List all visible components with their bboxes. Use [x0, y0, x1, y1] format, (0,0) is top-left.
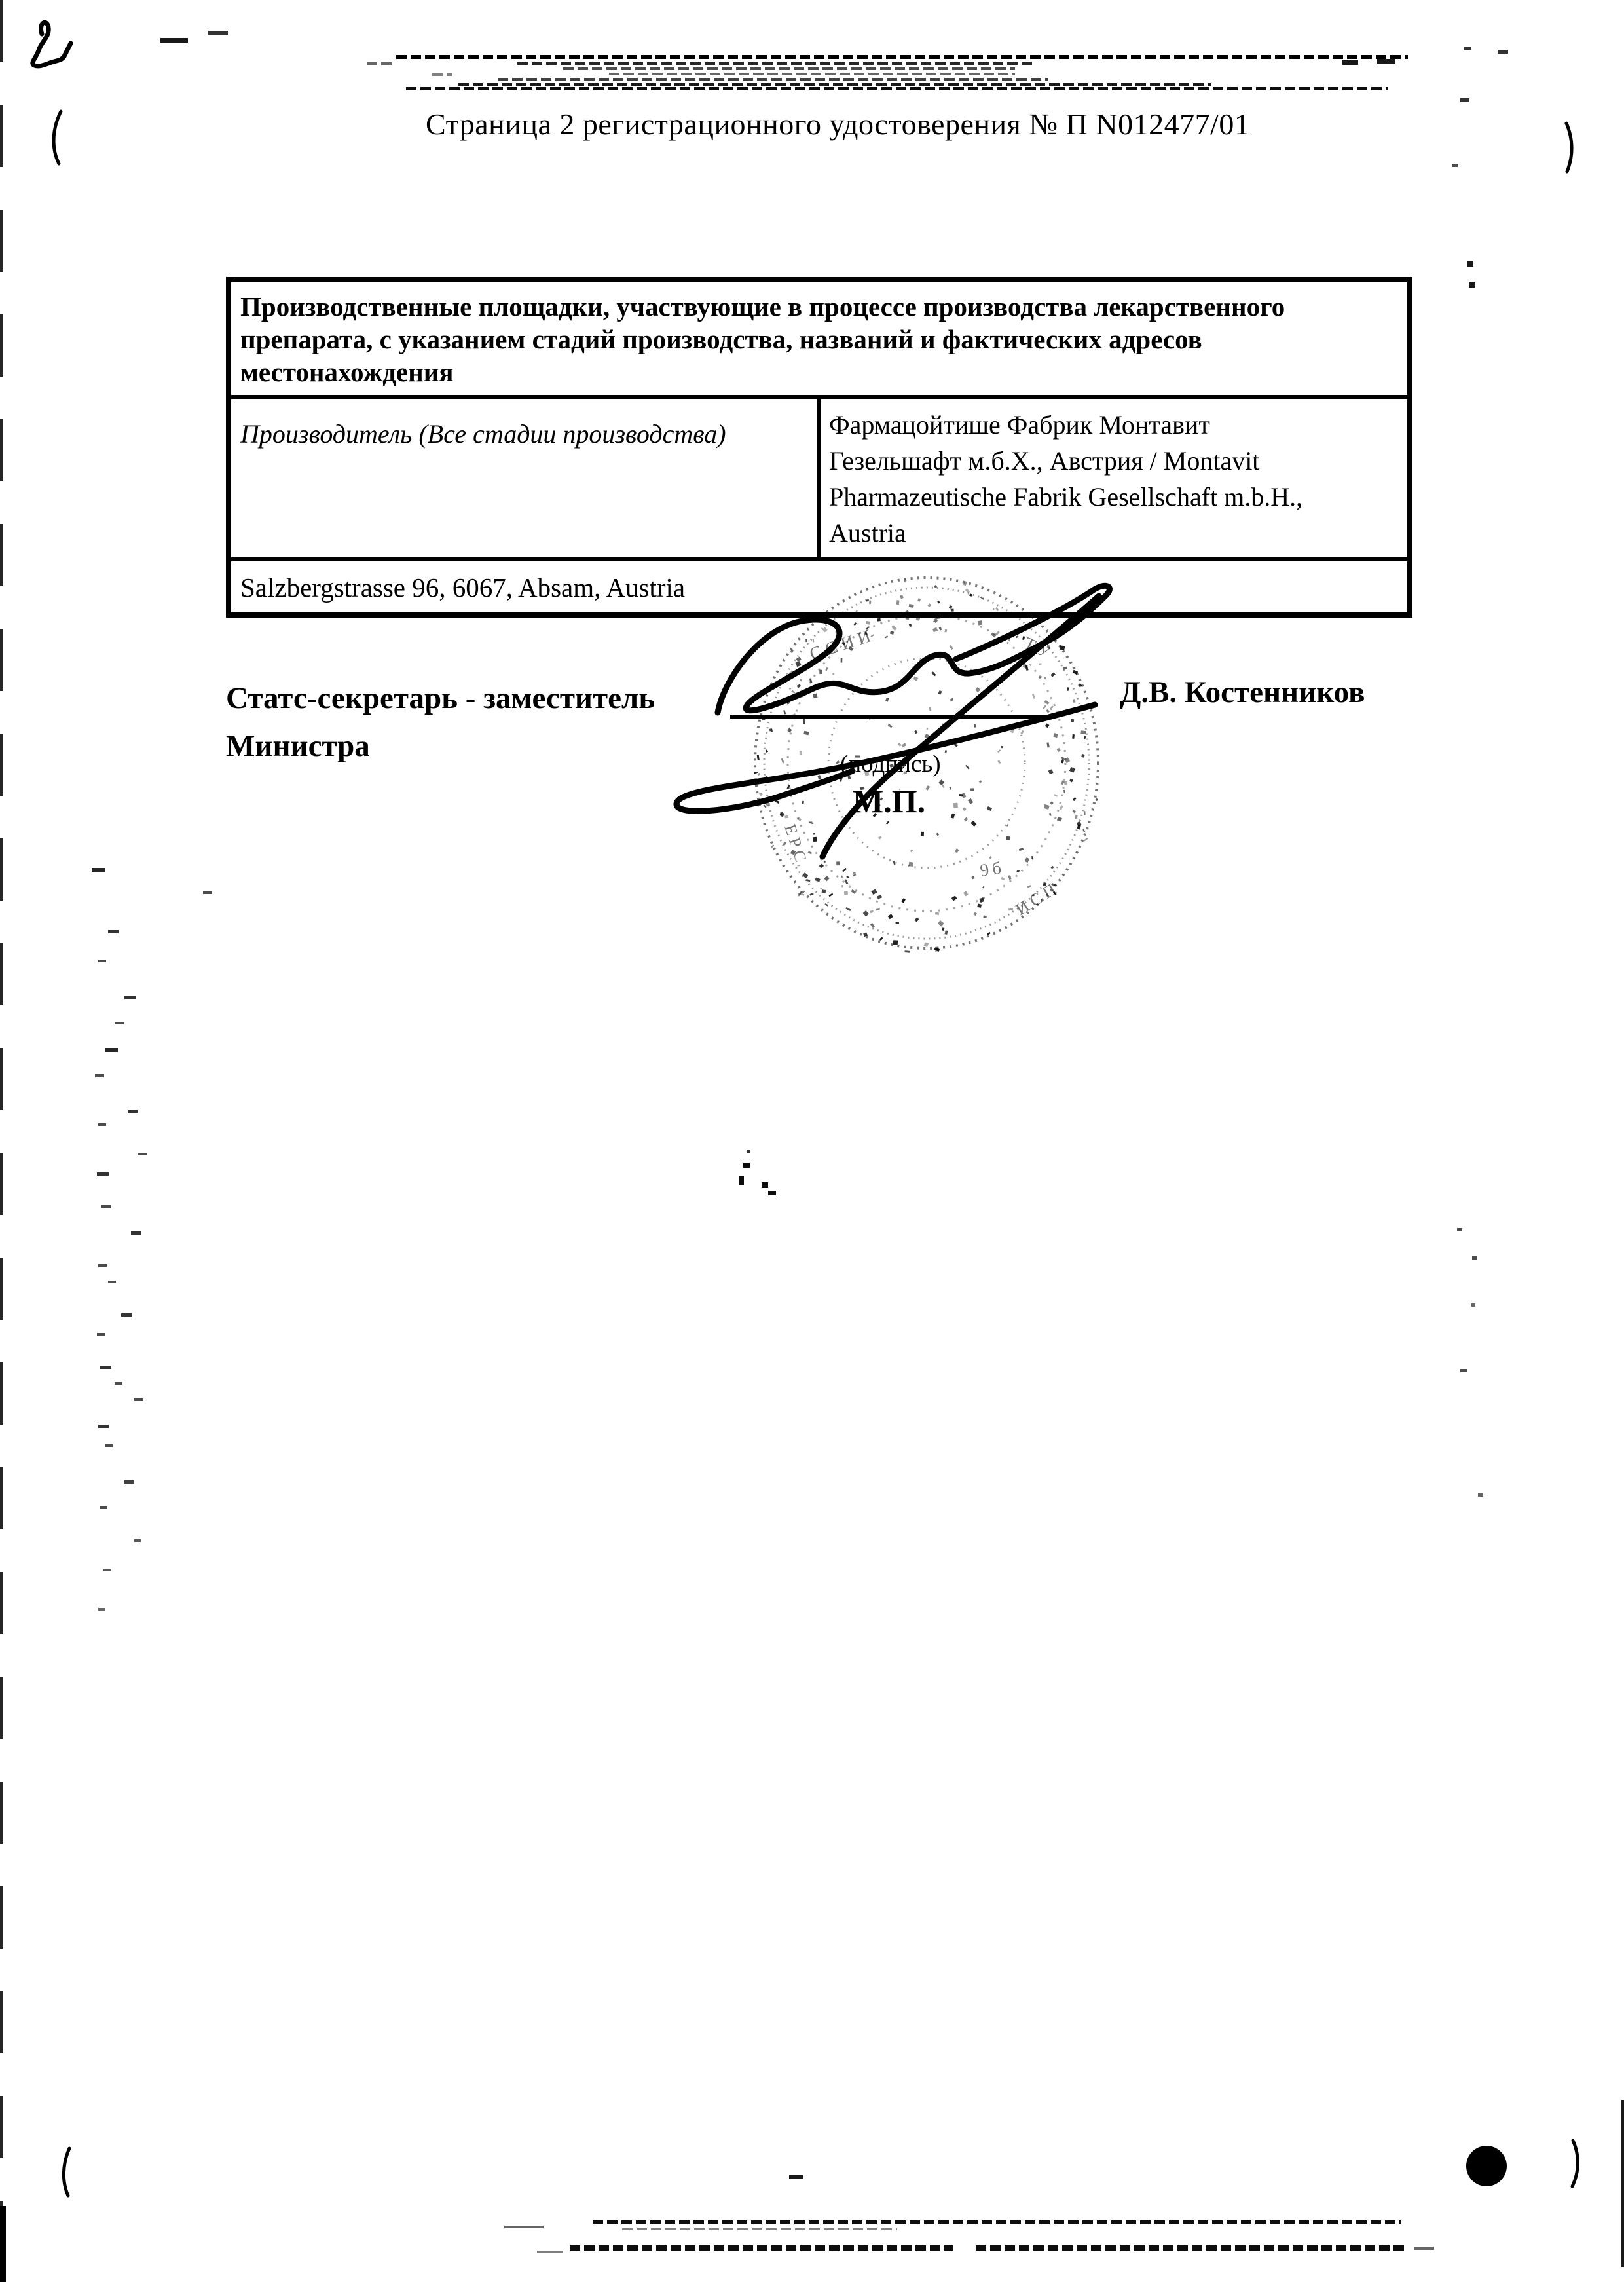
- producer-value-cell: Фармацойтише Фабрик Монтавит Гезельшафт …: [819, 397, 1410, 559]
- signer-title-line: Министра: [226, 722, 655, 770]
- table-header-row: Производственные площадки, участвующие в…: [229, 280, 1410, 397]
- page-title: Страница 2 регистрационного удостоверени…: [426, 107, 1249, 141]
- producer-value-line: Pharmazeutische Fabrik Gesellschaft m.b.…: [829, 479, 1403, 515]
- producer-label-cell: Производитель (Все стадии производства): [229, 397, 819, 559]
- producer-value-line: Фармацойтише Фабрик Монтавит: [829, 407, 1403, 443]
- svg-text:ЕРС: ЕРС: [781, 823, 811, 868]
- producer-value-line: Austria: [829, 515, 1403, 551]
- table-header-line: препарата, с указанием стадий производст…: [240, 323, 1401, 356]
- signature-caption: (подпись): [840, 750, 941, 778]
- signer-name: Д.В. Костенников: [1120, 675, 1365, 710]
- svg-text:9б: 9б: [979, 857, 1006, 880]
- table-header-line: местонахождения: [240, 356, 1401, 388]
- signer-title-line: Статс-секретарь - заместитель: [226, 675, 655, 722]
- scanned-document: { "page": { "handwritten_page_number": "…: [0, 0, 1624, 2282]
- producer-label: Производитель (Все стадии производства): [240, 419, 811, 449]
- ink-dot: [1466, 2146, 1507, 2186]
- handwritten-page-number: [33, 22, 71, 66]
- signature-line: [730, 715, 1051, 719]
- table-header-line: Производственные площадки, участвующие в…: [240, 290, 1401, 323]
- stamp-place-caption: М.П.: [853, 782, 925, 820]
- signer-title: Статс-секретарь - заместитель Министра: [226, 675, 655, 770]
- producer-row: Производитель (Все стадии производства) …: [229, 397, 1410, 559]
- svg-text:ИСП: ИСП: [1012, 878, 1063, 919]
- producer-value-line: Гезельшафт м.б.Х., Австрия / Montavit: [829, 443, 1403, 479]
- table-header-cell: Производственные площадки, участвующие в…: [229, 280, 1410, 397]
